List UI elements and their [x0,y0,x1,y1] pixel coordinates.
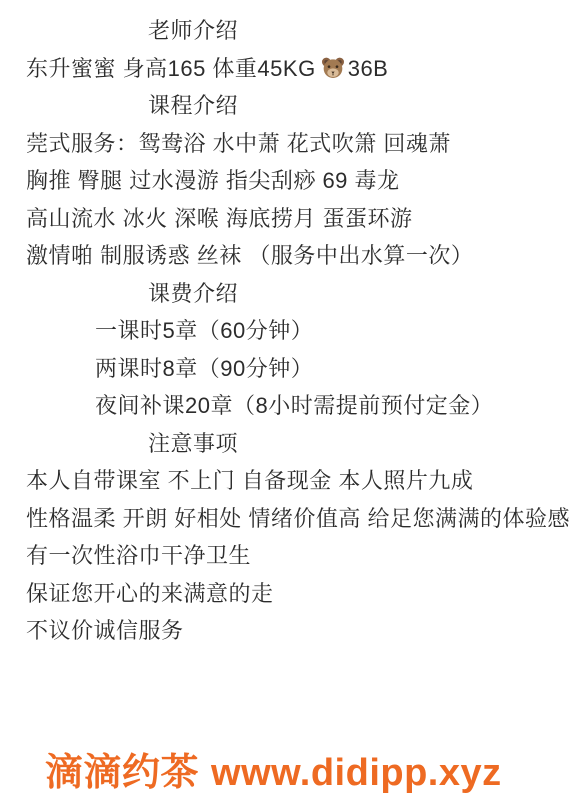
section-heading-course: 课程介绍 [0,87,575,125]
notes-line-2: 性格温柔 开朗 好相处 情绪价值高 给足您满满的体验感 [0,500,575,538]
teacher-profile-text: 东升蜜蜜 身高165 体重45KG [26,56,316,81]
fee-option-3: 夜间补课20章（8小时需提前预付定金） [0,387,575,425]
bear-face-icon [321,56,345,80]
notes-line-3: 有一次性浴巾干净卫生 [0,537,575,575]
course-services-line-1: 莞式服务：鸳鸯浴 水中萧 花式吹箫 回魂萧 [0,125,575,163]
course-services-line-3: 高山流水 冰火 深喉 海底捞月 蛋蛋环游 [0,200,575,238]
section-heading-teacher: 老师介绍 [0,12,575,50]
section-heading-fees: 课费介绍 [0,275,575,313]
fee-option-1: 一课时5章（60分钟） [0,312,575,350]
notes-line-5: 不议价诚信服务 [0,612,575,650]
footer-brand: 滴滴约茶 [45,752,199,794]
footer-banner: 滴滴约茶www.didipp.xyz [45,741,502,796]
notes-line-1: 本人自带课室 不上门 自备现金 本人照片九成 [0,462,575,500]
course-services-line-2: 胸推 臀腿 过水漫游 指尖刮痧 69 毒龙 [0,162,575,200]
teacher-profile-line: 东升蜜蜜 身高165 体重45KG 36B [0,50,575,88]
fee-option-2: 两课时8章（90分钟） [0,350,575,388]
section-heading-notes: 注意事项 [0,425,575,463]
footer-url-link[interactable]: www.didipp.xyz [211,752,502,794]
flyer-text-block: 老师介绍 东升蜜蜜 身高165 体重45KG 36B 课程介绍 莞式服务：鸳鸯浴… [0,12,575,650]
notes-line-4: 保证您开心的来满意的走 [0,575,575,613]
course-services-line-4: 激情啪 制服诱惑 丝袜 （服务中出水算一次） [0,237,575,275]
teacher-cup-size: 36B [348,56,389,81]
